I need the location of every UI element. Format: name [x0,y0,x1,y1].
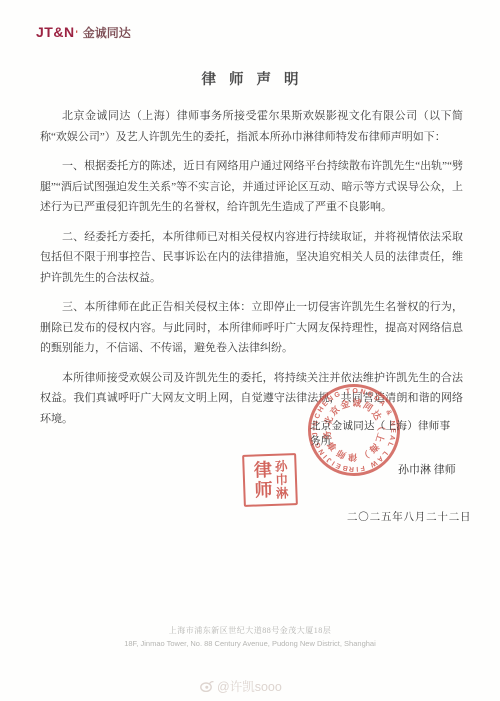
signature-date: 二〇二五年八月二十二日 [347,509,471,524]
signature-firm-name: 北京金诚同达（上海）律师事务所 [310,418,455,448]
paragraph-intro: 北京金诚同达（上海）律师事务所接受霍尔果斯欢娱影视文化有限公司（以下简称“欢娱公… [40,106,463,147]
square-seal-right-column: 孙巾淋 [274,459,288,500]
paragraph-one: 一、根据委托方的陈述，近日有网络用户通过网络平台持续散布许凯先生“出轨”“劈腿”… [40,156,463,218]
square-seal-left-column: 律师 [253,460,272,501]
paragraph-two: 二、经委托方委托，本所律师已对相关侵权内容进行持续取证，并将视情依法采取包括但不… [40,227,463,289]
paragraph-three: 三、本所律师在此正告相关侵权主体：立即停止一切侵害许凯先生名誉权的行为，删除已发… [40,297,463,359]
logo-jtn-text: JT&N [36,24,75,40]
address-english: 18F, Jinmao Tower, No. 88 Century Avenue… [0,639,500,648]
weibo-watermark: @许凯sooo [200,677,282,695]
watermark-handle: @许凯sooo [217,677,282,695]
logo-trademark-icon: ' [76,29,78,39]
lawyer-statement-document: JT&N' 金诚同达 律师声明 北京金诚同达（上海）律师事务所接受霍尔果斯欢娱影… [0,0,500,701]
weibo-eye-icon [200,680,214,692]
address-chinese: 上海市浦东新区世纪大道88号金茂大厦18层 [0,625,500,636]
signature-lawyer-name: 孙巾淋 律师 [398,461,456,477]
logo-chinese-text: 金诚同达 [83,24,131,41]
page-title: 律师声明 [0,68,500,89]
square-lawyer-seal: 律师 孙巾淋 [242,453,298,507]
firm-logo: JT&N' 金诚同达 [36,24,131,41]
footer-address: 上海市浦东新区世纪大道88号金茂大厦18层 18F, Jinmao Tower,… [0,625,500,648]
